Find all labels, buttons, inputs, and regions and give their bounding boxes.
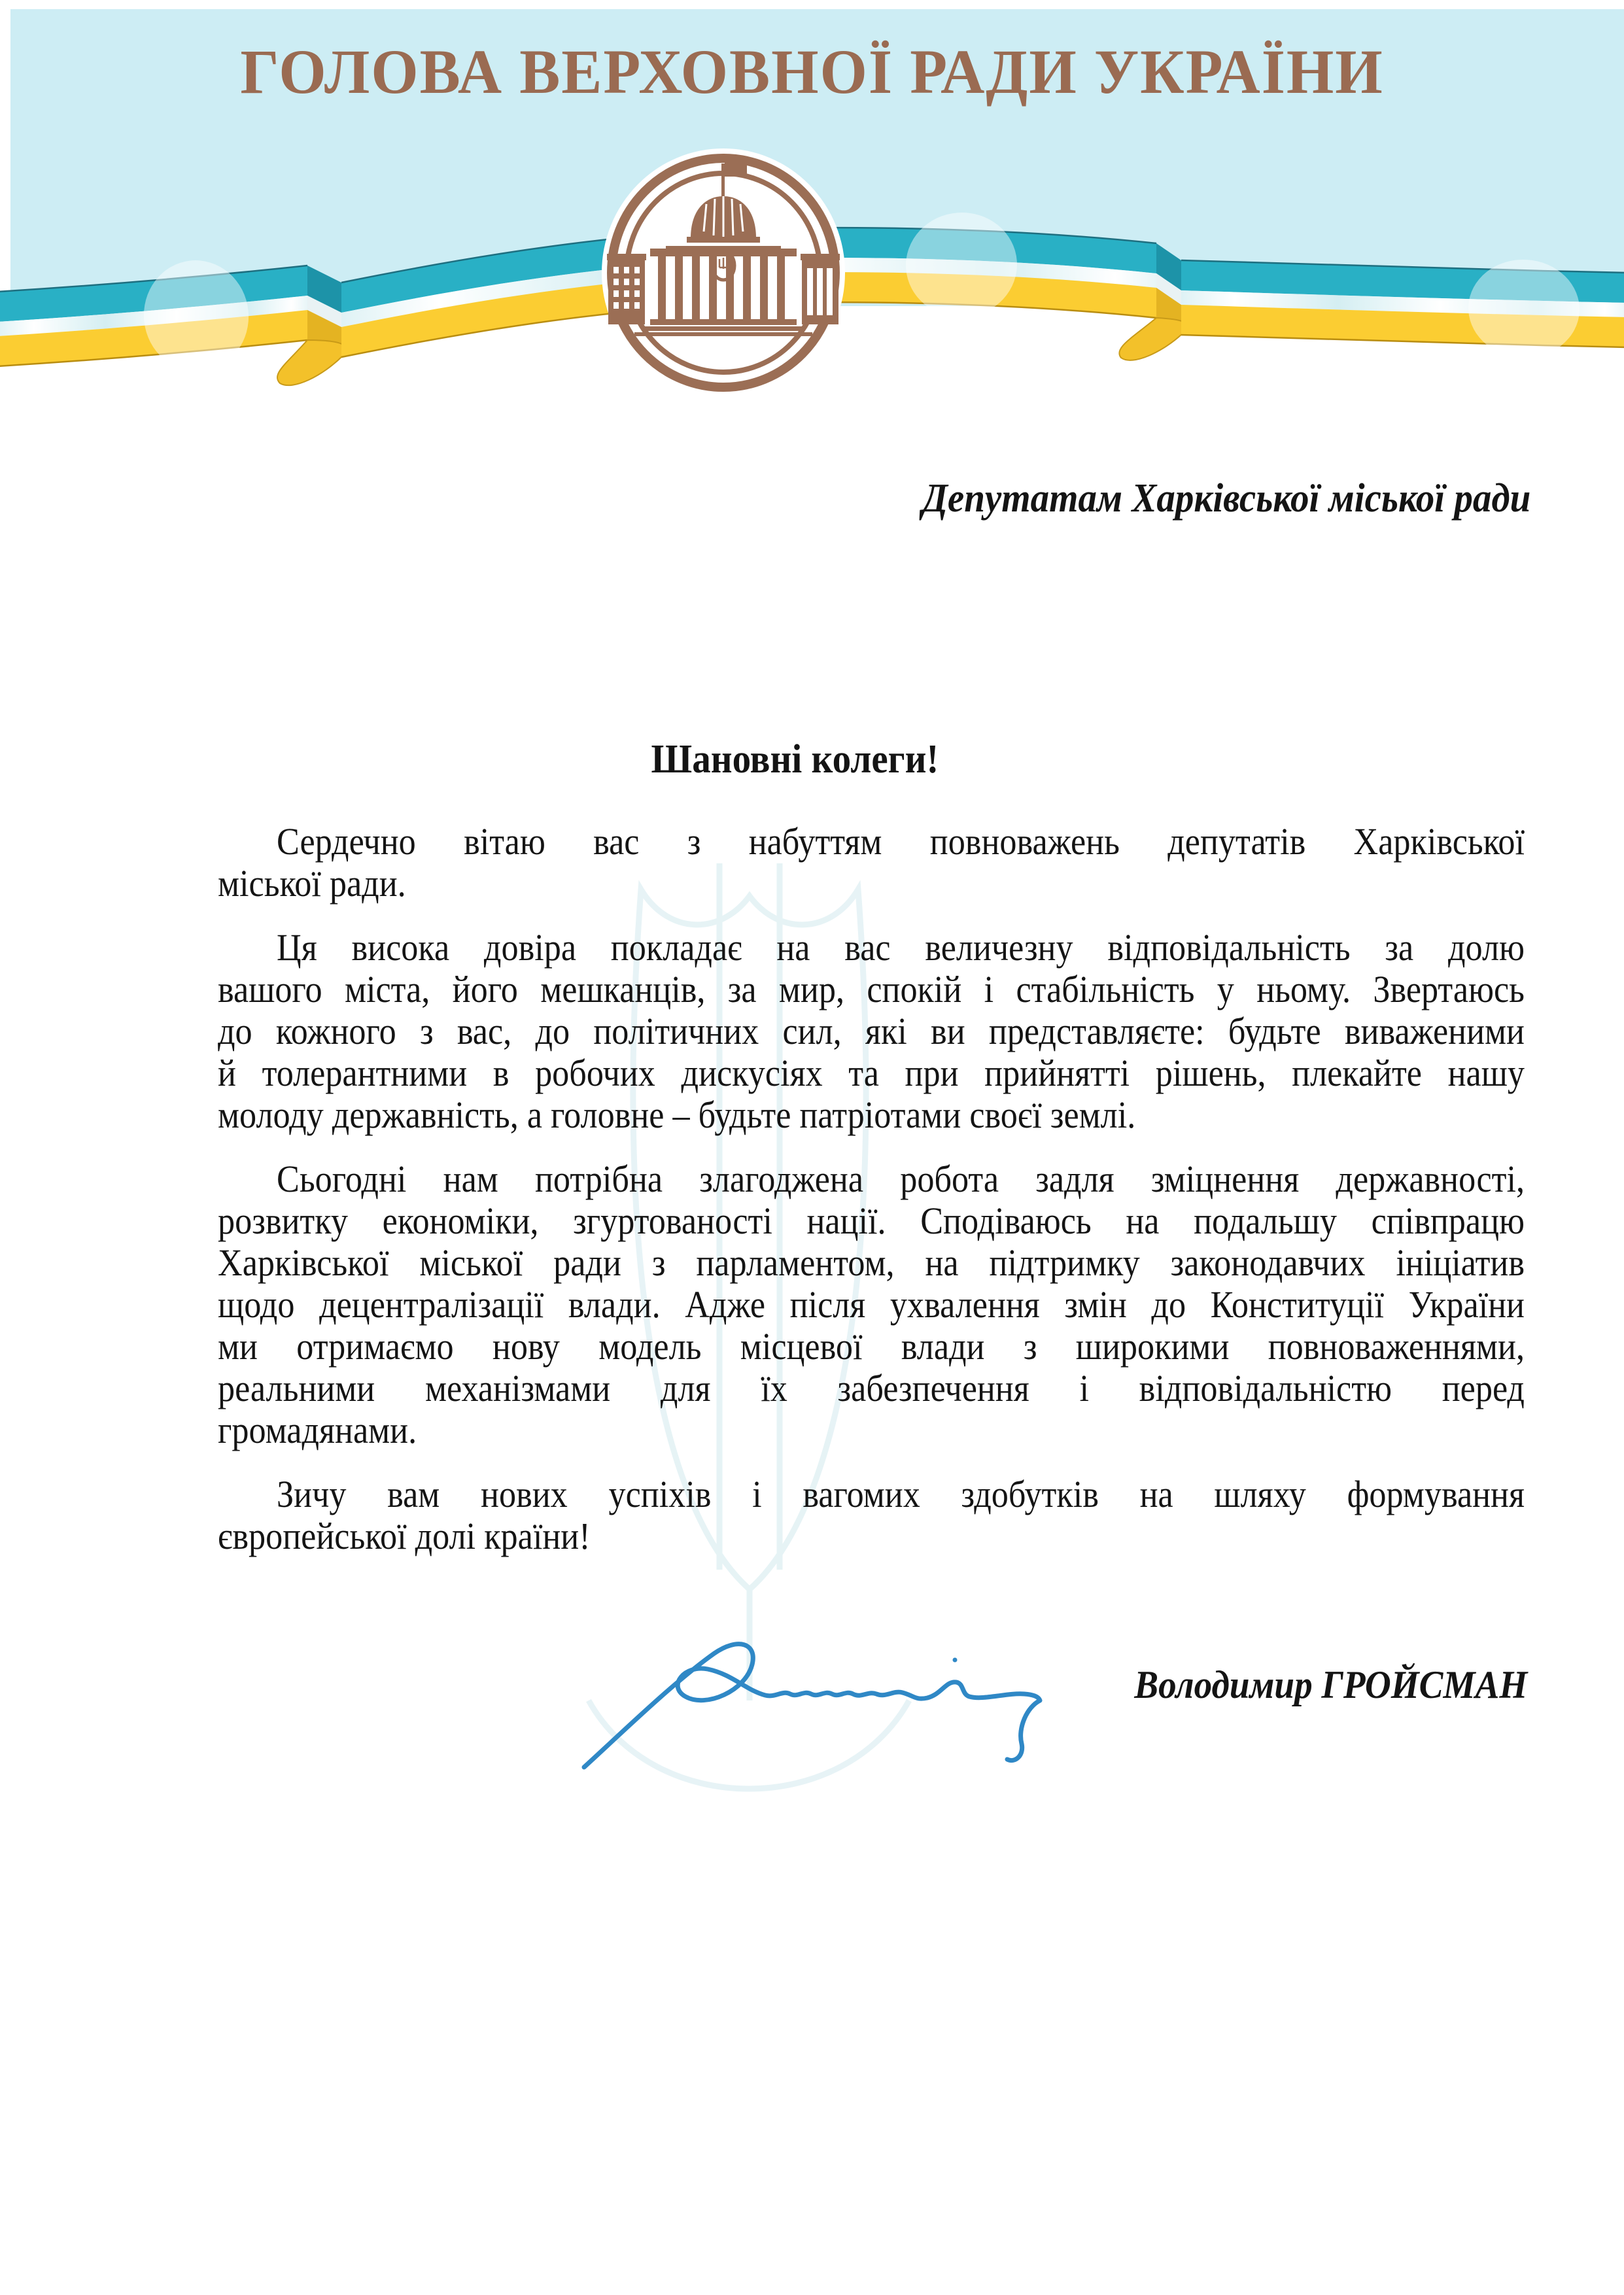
addressee-line: Депутатам Харківської міської ради <box>922 475 1530 522</box>
paragraph-line: Зичу вам нових успіхів і вагомих здобутк… <box>218 1474 1525 1515</box>
paragraph-line: реальними механізмами для їх забезпеченн… <box>218 1368 1525 1409</box>
paragraph-line: вашого міста, його мешканців, за мир, сп… <box>218 969 1525 1010</box>
handwritten-signature <box>549 1609 1086 1792</box>
paragraph-line: розвитку економіки, згуртованості нації.… <box>218 1200 1525 1242</box>
paragraph-line: європейської долі країни! <box>218 1515 1525 1557</box>
paragraph-line: ми отримаємо нову модель місцевої влади … <box>218 1326 1525 1368</box>
paragraph-line: Харківської міської ради з парламентом, … <box>218 1242 1525 1284</box>
paragraph-line: й толерантними в робочих дискусіях та пр… <box>218 1052 1525 1094</box>
paragraph-line: громадянами. <box>218 1409 1525 1451</box>
paragraph: Сьогодні нам потрібна злагоджена робота … <box>218 1158 1525 1451</box>
paragraph: Зичу вам нових успіхів і вагомих здобутк… <box>218 1474 1525 1557</box>
paragraph: Ця висока довіра покладає на вас величез… <box>218 927 1525 1136</box>
paragraph-line: Ця висока довіра покладає на вас величез… <box>218 927 1525 969</box>
signatory-name: Володимир ГРОЙСМАН <box>1134 1663 1527 1708</box>
paragraph-line: до кожного з вас, до політичних сил, які… <box>218 1010 1525 1052</box>
paragraph-line: щодо децентралізації влади. Адже після у… <box>218 1284 1525 1326</box>
paragraph-line: міської ради. <box>218 863 1525 905</box>
paragraph: Сердечно вітаю вас з набуттям повноважен… <box>218 821 1525 905</box>
paragraph-line: Сьогодні нам потрібна злагоджена робота … <box>218 1158 1525 1200</box>
paragraph-line: молоду державність, а головне – будьте п… <box>218 1094 1525 1136</box>
page-title: ГОЛОВА ВЕРХОВНОЇ РАДИ УКРАЇНИ <box>24 35 1600 108</box>
parliament-medallion-icon <box>602 148 845 397</box>
letter-page: ГОЛОВА ВЕРХОВНОЇ РАДИ УКРАЇНИ Депутатам … <box>0 0 1624 2295</box>
salutation: Шановні колеги! <box>48 736 1542 783</box>
letter-paragraphs: Сердечно вітаю вас з набуттям повноважен… <box>218 821 1525 1579</box>
paragraph-line: Сердечно вітаю вас з набуттям повноважен… <box>218 821 1525 863</box>
